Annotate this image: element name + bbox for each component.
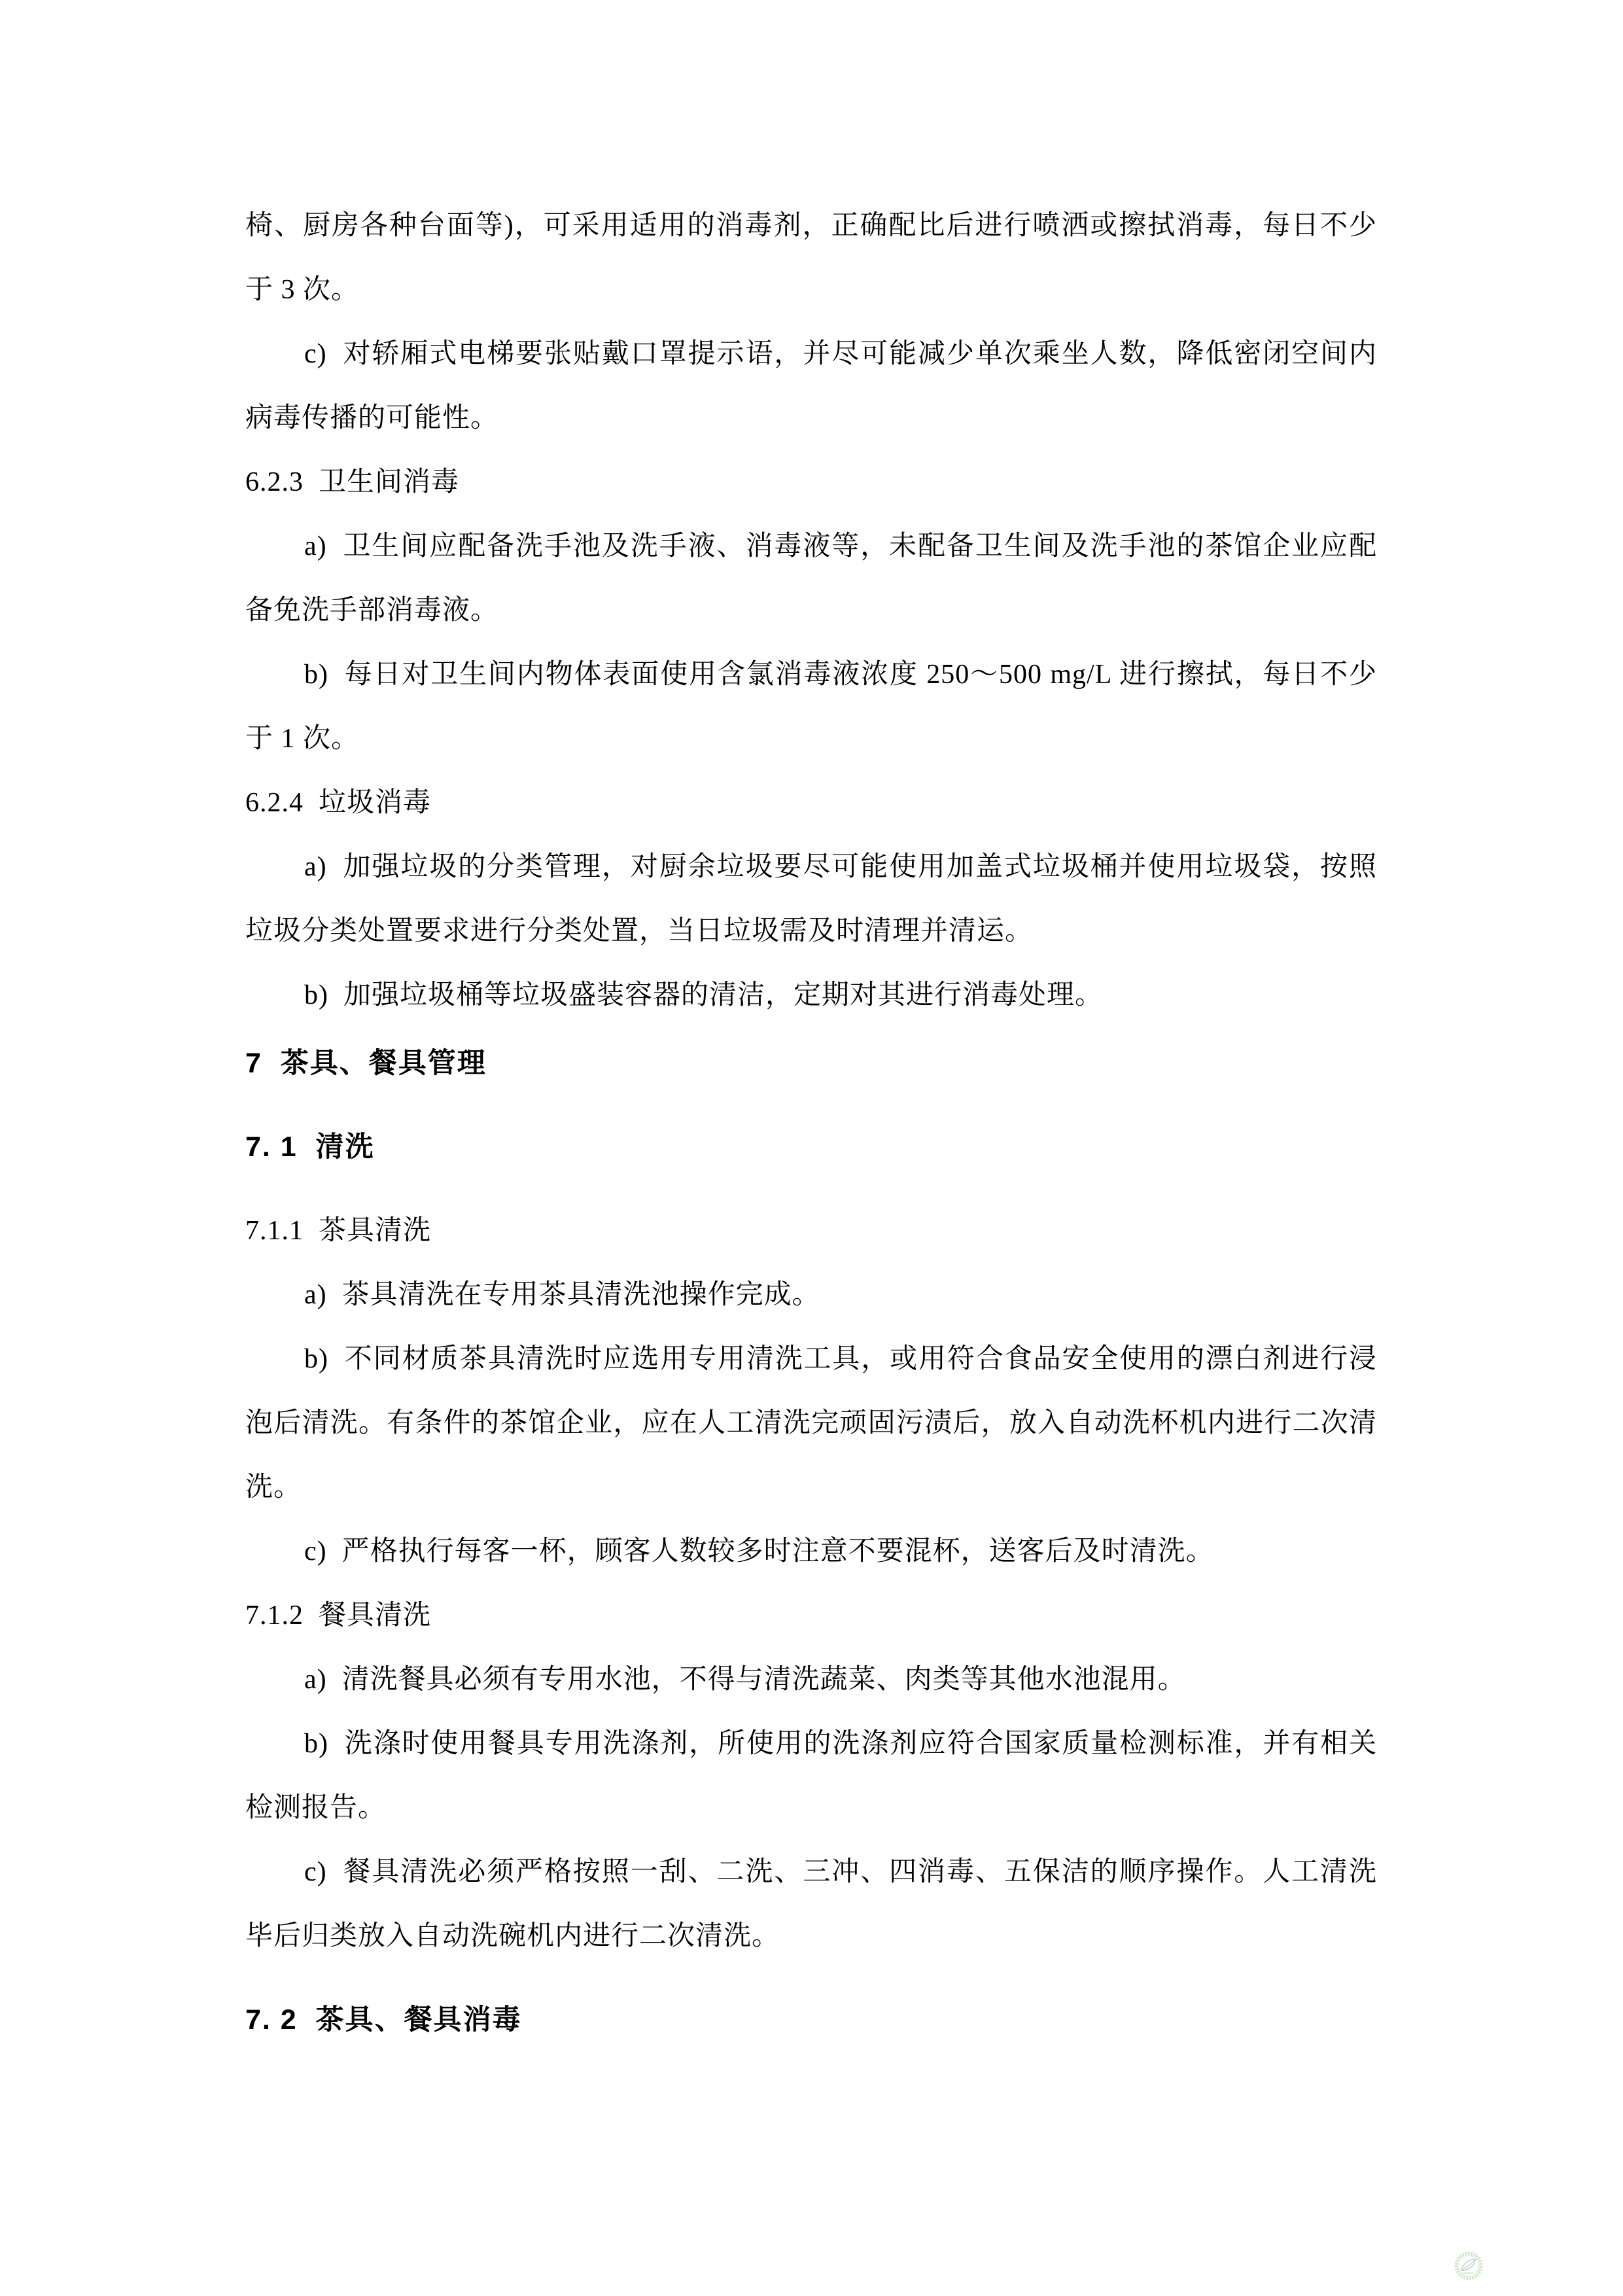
list-item-line-c: c) 严格执行每客一杯，顾客人数较多时注意不要混杯，送客后及时清洗。 [245, 1519, 1377, 1583]
subsection-title-711: 7.1.1 茶具清洗 [245, 1199, 1377, 1263]
body-text-line: 泡后清洗。有条件的茶馆企业，应在人工清洗完顽固污渍后，放入自动洗杯机内进行二次清 [245, 1391, 1377, 1455]
list-item-line-b: b) 不同材质茶具清洗时应选用专用清洗工具，或用符合食品安全使用的漂白剂进行浸 [245, 1327, 1377, 1391]
list-item-line-c: c) 对轿厢式电梯要张贴戴口罩提示语，并尽可能减少单次乘坐人数，降低密闭空间内 [245, 322, 1377, 386]
subsection-title-624: 6.2.4 垃圾消毒 [245, 771, 1377, 835]
list-item-line-c: c) 餐具清洗必须严格按照一刮、二洗、三冲、四消毒、五保洁的顺序操作。人工清洗完 [245, 1840, 1377, 1904]
list-item-line-b: b) 加强垃圾桶等垃圾盛装容器的清洁，定期对其进行消毒处理。 [245, 963, 1377, 1027]
body-text-line: 于 3 次。 [245, 258, 1377, 322]
page-text-block: 椅、厨房各种台面等)，可采用适用的消毒剂，正确配比后进行喷洒或擦拭消毒，每日不少… [245, 194, 1377, 2052]
body-text-line: 椅、厨房各种台面等)，可采用适用的消毒剂，正确配比后进行喷洒或擦拭消毒，每日不少 [245, 194, 1377, 258]
body-text-line: 病毒传播的可能性。 [245, 386, 1377, 450]
list-item-line-a: a) 茶具清洗在专用茶具清洗池操作完成。 [245, 1263, 1377, 1327]
list-item-line-a: a) 清洗餐具必须有专用水池，不得与清洗蔬菜、肉类等其他水池混用。 [245, 1648, 1377, 1712]
body-text-line: 毕后归类放入自动洗碗机内进行二次清洗。 [245, 1904, 1377, 1968]
list-item-line-b: b) 洗涤时使用餐具专用洗涤剂，所使用的洗涤剂应符合国家质量检测标准，并有相关 [245, 1712, 1377, 1776]
list-item-line-a: a) 加强垃圾的分类管理，对厨余垃圾要尽可能使用加盖式垃圾桶并使用垃圾袋，按照 [245, 835, 1377, 899]
body-text-line: 于 1 次。 [245, 707, 1377, 771]
body-text-line: 检测报告。 [245, 1776, 1377, 1840]
body-text-line: 洗。 [245, 1455, 1377, 1519]
list-item-line-b: b) 每日对卫生间内物体表面使用含氯消毒液浓度 250～500 mg/L 进行擦… [245, 643, 1377, 707]
body-text-line: 垃圾分类处置要求进行分类处置，当日垃圾需及时清理并清运。 [245, 899, 1377, 963]
section-heading-7-2: 7. 2 茶具、餐具消毒 [245, 1988, 1377, 2052]
body-text-line: 备免洗手部消毒液。 [245, 578, 1377, 643]
chapter-heading-7: 7 茶具、餐具管理 [245, 1031, 1377, 1095]
document-page: 椅、厨房各种台面等)，可采用适用的消毒剂，正确配比后进行喷洒或擦拭消毒，每日不少… [0, 0, 1623, 2296]
subsection-title-623: 6.2.3 卫生间消毒 [245, 450, 1377, 514]
green-leaf-stamp-watermark-icon [1453, 2250, 1484, 2282]
section-heading-7-1: 7. 1 清洗 [245, 1115, 1377, 1179]
list-item-line-a: a) 卫生间应配备洗手池及洗手液、消毒液等，未配备卫生间及洗手池的茶馆企业应配 [245, 514, 1377, 578]
subsection-title-712: 7.1.2 餐具清洗 [245, 1583, 1377, 1648]
